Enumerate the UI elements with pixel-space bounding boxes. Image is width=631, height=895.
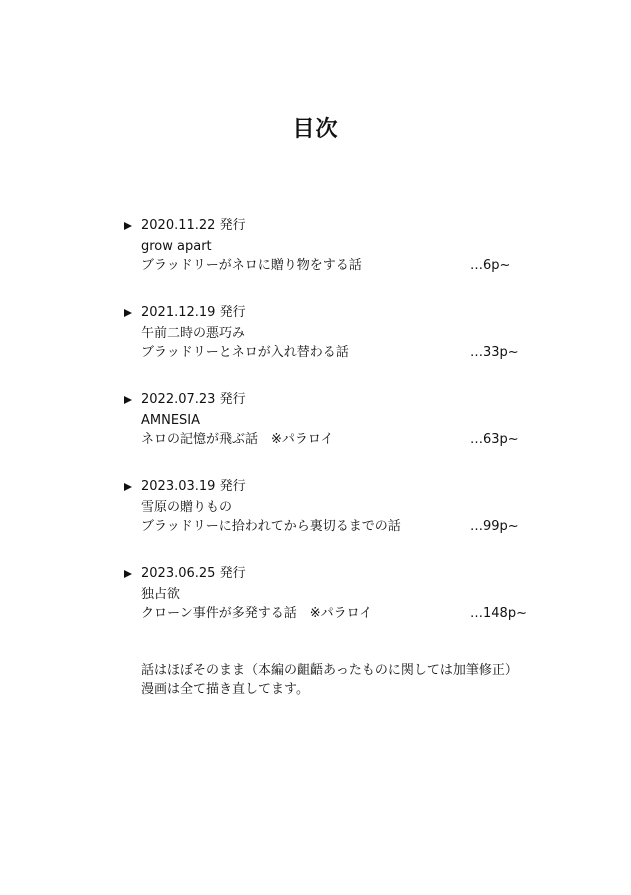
triangle-right-icon (124, 222, 132, 230)
toc-entry: 2020.11.22 発行 grow apart ブラッドリーがネロに贈り物をす… (124, 216, 564, 275)
toc-entry: 2022.07.23 発行 AMNESIA ネロの記憶が飛ぶ話 ※パラロイ …6… (124, 390, 564, 449)
entry-description-line: ブラッドリーがネロに贈り物をする話 …6p~ (141, 256, 564, 275)
page-title: 目次 (0, 112, 631, 143)
triangle-right-icon (124, 483, 132, 491)
entry-description: ネロの記憶が飛ぶ話 ※パラロイ (141, 432, 334, 447)
entry-page-ref: …99p~ (470, 517, 519, 536)
entry-page-ref: …33p~ (470, 343, 519, 362)
entry-description-line: ブラッドリーとネロが入れ替わる話 …33p~ (141, 343, 564, 362)
entry-date-line: 2022.07.23 発行 (124, 390, 564, 409)
entry-description: ブラッドリーとネロが入れ替わる話 (141, 345, 349, 360)
entry-description: クローン事件が多発する話 ※パラロイ (141, 606, 372, 621)
note-line-2: 漫画は全て描き直してます。 (141, 680, 518, 699)
entry-page-ref: …6p~ (470, 256, 510, 275)
entry-title: 雪原の贈りもの (141, 498, 564, 517)
toc-entry: 2023.06.25 発行 独占欲 クローン事件が多発する話 ※パラロイ …14… (124, 564, 564, 623)
entry-date-line: 2020.11.22 発行 (124, 216, 564, 235)
entry-page-ref: …148p~ (470, 604, 527, 623)
entry-date: 2023.06.25 発行 (141, 564, 246, 583)
triangle-right-icon (124, 570, 132, 578)
triangle-right-icon (124, 396, 132, 404)
entry-title: 午前二時の悪巧み (141, 324, 564, 343)
entry-description: ブラッドリーがネロに贈り物をする話 (141, 258, 362, 273)
entry-date-line: 2023.06.25 発行 (124, 564, 564, 583)
editorial-note: 話はほぼそのまま（本編の齟齬あったものに関しては加筆修正） 漫画は全て描き直して… (141, 661, 518, 699)
entry-description-line: クローン事件が多発する話 ※パラロイ …148p~ (141, 604, 564, 623)
entry-date-line: 2023.03.19 発行 (124, 477, 564, 496)
entry-title: 独占欲 (141, 585, 564, 604)
note-line-1: 話はほぼそのまま（本編の齟齬あったものに関しては加筆修正） (141, 661, 518, 680)
triangle-right-icon (124, 309, 132, 317)
entry-description-line: ブラッドリーに拾われてから裏切るまでの話 …99p~ (141, 517, 564, 536)
toc-entry: 2023.03.19 発行 雪原の贈りもの ブラッドリーに拾われてから裏切るまで… (124, 477, 564, 536)
toc-entry: 2021.12.19 発行 午前二時の悪巧み ブラッドリーとネロが入れ替わる話 … (124, 303, 564, 362)
entry-date-line: 2021.12.19 発行 (124, 303, 564, 322)
entry-date: 2023.03.19 発行 (141, 477, 246, 496)
entry-title: AMNESIA (141, 411, 564, 430)
entry-description-line: ネロの記憶が飛ぶ話 ※パラロイ …63p~ (141, 430, 564, 449)
entry-title: grow apart (141, 237, 564, 256)
entry-date: 2022.07.23 発行 (141, 390, 246, 409)
entry-date: 2020.11.22 発行 (141, 216, 246, 235)
entry-date: 2021.12.19 発行 (141, 303, 246, 322)
entry-page-ref: …63p~ (470, 430, 519, 449)
entry-description: ブラッドリーに拾われてから裏切るまでの話 (141, 519, 401, 534)
